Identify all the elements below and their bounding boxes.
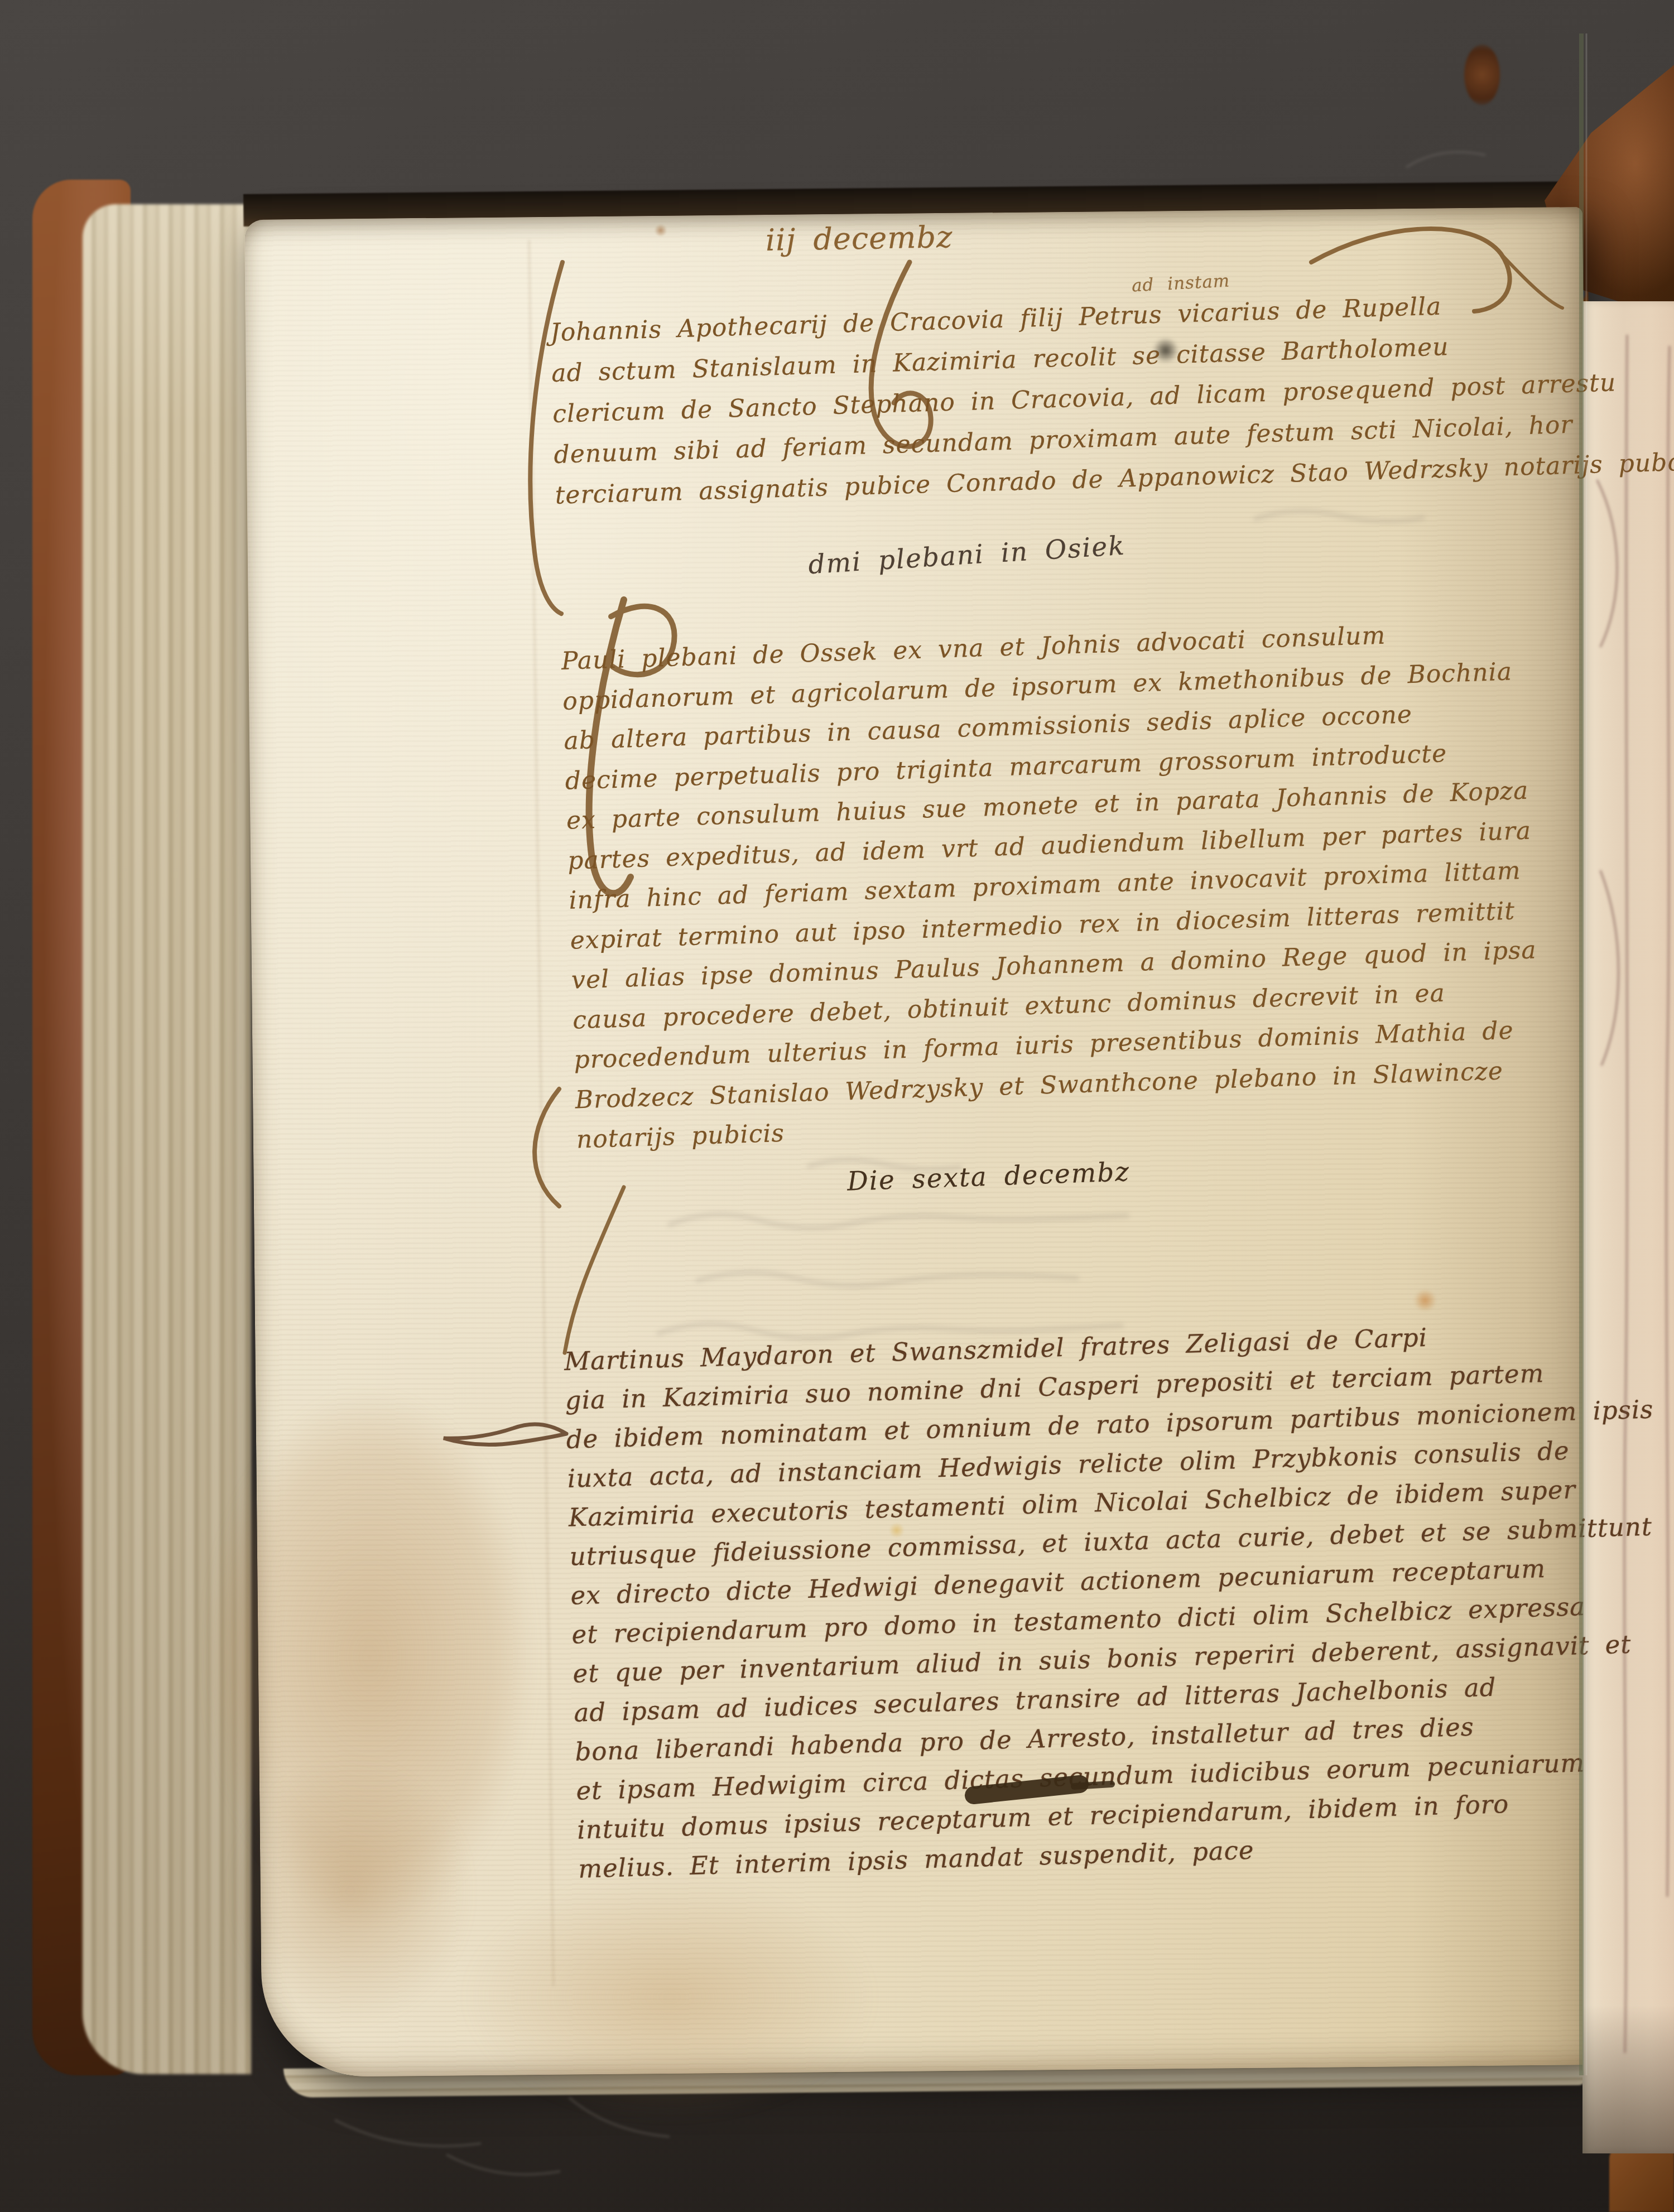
pen-flourishes-overlay xyxy=(0,0,1674,2212)
bleedthrough-ghost-writing xyxy=(658,511,1423,1338)
glass-edge xyxy=(1581,33,1586,2075)
dust-hairs xyxy=(335,152,1485,2174)
pen-flourish xyxy=(444,229,1562,1444)
strikethrough-blot xyxy=(974,1784,1112,1795)
manuscript-photo: iij decembz ad instam Johannis Apothecar… xyxy=(0,0,1674,2212)
adjacent-page-ruling xyxy=(1597,335,1670,2053)
